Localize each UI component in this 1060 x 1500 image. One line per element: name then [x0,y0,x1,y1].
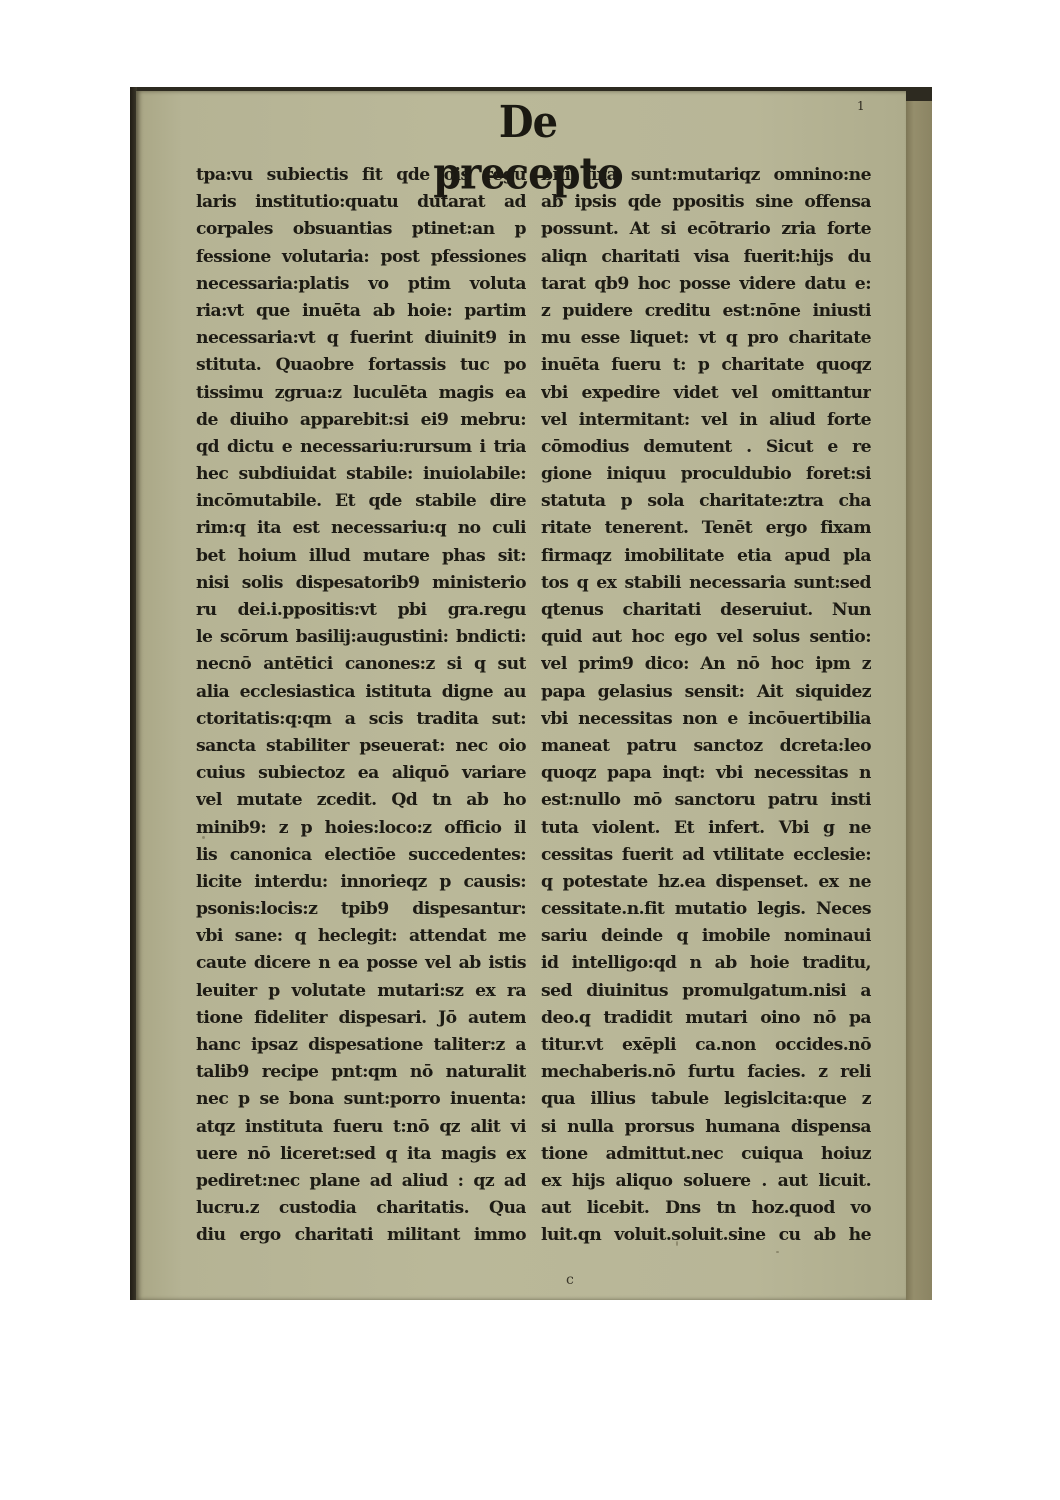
text-line: corpales obsuantias ptinet:an p [196,216,526,243]
text-line: licite interdu: innorieqz p causis: [196,869,526,896]
paper-leaf: De precepto 1 tpa:vu subiectis fit qde o… [136,91,906,1300]
text-line: vel prim9 dico: An nō hoc ipm z [541,651,871,678]
text-line: bet hoium illud mutare phas sit: [196,543,526,570]
paper-speck [776,1251,779,1253]
scanned-page: De precepto 1 tpa:vu subiectis fit qde o… [130,87,932,1300]
text-line: tuta violent. Et infert. Vbi g ne [541,815,871,842]
text-line: mu esse liquet: vt q pro charitate [541,325,871,352]
text-line: quid aut hoc ego vel solus sentio: [541,624,871,651]
text-line: alia ecclesiastica istituta digne au [196,679,526,706]
text-column-left: tpa:vu subiectis fit qde ois regularis i… [196,162,526,1250]
text-line: nisi solis dispesatorib9 ministerio [196,570,526,597]
text-line: fessione volutaria: post pfessiones [196,244,526,271]
text-line: qua illius tabule legislcita:que z [541,1086,871,1113]
text-line: necessaria:platis vo ptim voluta [196,271,526,298]
text-line: papa gelasius sensit: Ait siquidez [541,679,871,706]
text-line: lis canonica electiōe succedentes: [196,842,526,869]
text-line: aliqn charitati visa fuerit:hijs du [541,244,871,271]
text-line: titur.vt exēpli ca.non occides.nō [541,1032,871,1059]
text-line: necessaria:vt q fuerint diuinit9 in [196,325,526,352]
text-line: ria:vt que inuēta ab hoie: partim [196,298,526,325]
text-line: stituta. Quaobre fortassis tuc po [196,352,526,379]
text-line: tione admittut.nec cuiqua hoiuz [541,1141,871,1168]
text-line: gione iniquu proculdubio foret:si [541,461,871,488]
text-line: cessitas fuerit ad vtilitate ecclesie: [541,842,871,869]
text-line: qtenus charitati deseruiut. Nun [541,597,871,624]
text-line: inuēta fueru t: p charitate quoqz [541,352,871,379]
text-line: atqz instituta fueru t:nō qz alit vi [196,1114,526,1141]
text-line: laris institutio:quatu dutarat ad [196,189,526,216]
text-line: quoqz papa inqt: vbi necessitas n [541,760,871,787]
paper-speck [202,836,205,839]
text-line: sed diuinitus promulgatum.nisi a [541,978,871,1005]
text-line: q potestate hz.ea dispenset. ex ne [541,869,871,896]
text-line: vbi expedire videt vel omittantur [541,380,871,407]
text-line: vbi sane: q heclegit: attendat me [196,923,526,950]
text-line: est:nullo mō sanctoru patru insti [541,787,871,814]
text-line: possunt. At si ecōtrario zria forte [541,216,871,243]
text-line: aut licebit. Dns tn hoz.quod vo [541,1195,871,1222]
text-line: cōmodius demutent . Sicut e re [541,434,871,461]
text-line: z puidere creditu est:nōne iniusti [541,298,871,325]
text-line: maneat patru sanctoz dcreta:leo [541,733,871,760]
text-line: ab ipsis qde ppositis sine offensa [541,189,871,216]
text-line: talib9 recipe pnt:qm nō naturalit [196,1059,526,1086]
text-line: lucru.z custodia charitatis. Qua [196,1195,526,1222]
text-line: hanc ipsaz dispesatione taliter:z a [196,1032,526,1059]
text-line: vel intermitant: vel in aliud forte [541,407,871,434]
next-leaf-edge [906,101,932,1300]
text-line: tos q ex stabili necessaria sunt:sed [541,570,871,597]
text-line: vbi necessitas non e incōuertibilia [541,706,871,733]
text-line: luit.qn voluit.soluit.sine cu ab he [541,1222,871,1249]
text-line: deo.q tradidit mutari oino nō pa [541,1005,871,1032]
text-line: incōmutabile. Et qde stabile dire [196,488,526,515]
text-line: diu ergo charitati militant immo [196,1222,526,1249]
text-line: tissimu zgrua:z luculēta magis ea [196,380,526,407]
text-line: cessitate.n.fit mutatio legis. Neces [541,896,871,923]
text-line: rim:q ita est necessariu:q no culi [196,515,526,542]
signature-mark: c [566,1272,574,1288]
text-line: cuius subiectoz ea aliquō variare [196,760,526,787]
text-line: pediret:nec plane ad aliud : qz ad [196,1168,526,1195]
text-line: ctoritatis:q:qm a scis tradita sut: [196,706,526,733]
text-line: le scōrum basilij:augustini: bndicti: [196,624,526,651]
text-line: sariu deinde q imobile nominaui [541,923,871,950]
paper-speck [676,1241,678,1246]
text-line: caute dicere n ea posse vel ab istis [196,950,526,977]
text-line: firmaqz imobilitate etia apud pla [541,543,871,570]
text-line: nec p se bona sunt:porro inuenta: [196,1086,526,1113]
text-line: qd dictu e necessariu:rursum i tria [196,434,526,461]
text-line: bili fixa sunt:mutariqz omnino:ne [541,162,871,189]
text-line: tarat qb9 hoc posse videre datu e: [541,271,871,298]
text-line: tione fideliter dispesari. Jō autem [196,1005,526,1032]
text-line: psonis:locis:z tpib9 dispesantur: [196,896,526,923]
text-line: leuiter p volutate mutari:sz ex ra [196,978,526,1005]
paper-speck [226,1211,229,1214]
text-line: statuta p sola charitate:ztra cha [541,488,871,515]
text-line: tpa:vu subiectis fit qde ois regu [196,162,526,189]
text-line: minib9: z p hoies:loco:z officio il [196,815,526,842]
text-line: necnō antētici canones:z si q sut [196,651,526,678]
text-column-right: bili fixa sunt:mutariqz omnino:neab ipsi… [541,162,871,1250]
text-line: si nulla prorsus humana dispensa [541,1114,871,1141]
text-line: mechaberis.nō furtu facies. z reli [541,1059,871,1086]
text-line: ex hijs aliquo soluere . aut licuit. [541,1168,871,1195]
text-line: uere nō liceret:sed q ita magis ex [196,1141,526,1168]
text-line: sancta stabiliter pseuerat: nec oio [196,733,526,760]
text-line: hec subdiuidat stabile: inuiolabile: [196,461,526,488]
text-line: id intelligo:qd n ab hoie traditu, [541,950,871,977]
text-line: vel mutate zcedit. Qd tn ab ho [196,787,526,814]
text-line: ru dei.i.ppositis:vt pbi gra.regu [196,597,526,624]
folio-mark: 1 [857,99,865,113]
text-line: ritate tenerent. Tenēt ergo fixam [541,515,871,542]
text-line: de diuiho apparebit:si ei9 mebru: [196,407,526,434]
